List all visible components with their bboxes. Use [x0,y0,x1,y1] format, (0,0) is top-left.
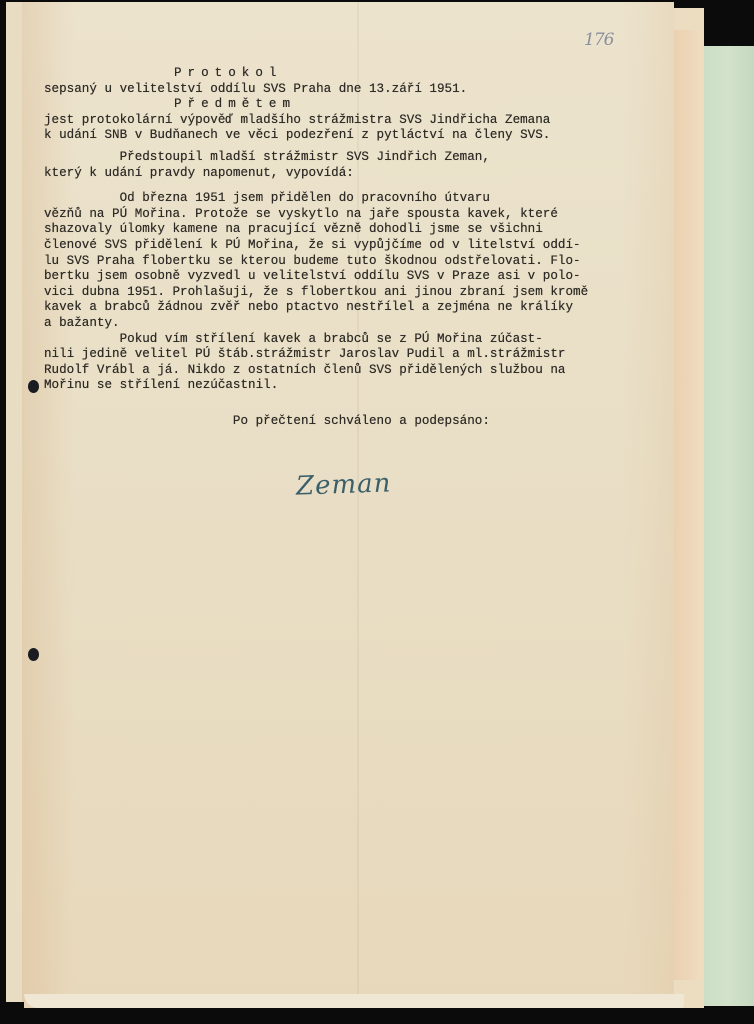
paragraph-line: Od března 1951 jsem přidělen do pracovní… [44,191,684,207]
document-heading: Protokol [44,66,684,82]
subject-heading: Předmětem [44,97,684,113]
paragraph-line: kavek a brabců žádnou zvěř nebo ptactvo … [44,300,684,316]
handwritten-signature: Zeman [296,468,392,501]
paragraph-line: shazovaly úlomky kamene na pracující věz… [44,222,684,238]
paragraph-line: členové SVS přidělení k PÚ Mořina, že si… [44,238,684,254]
paragraph-line: bertku jsem osobně vyzvedl u velitelství… [44,269,684,285]
subject-line: k udání SNB v Budňanech ve věci podezřen… [44,128,684,144]
page-number: 176 [584,30,613,50]
punch-hole-icon [28,648,39,661]
intro-line: který k udání pravdy napomenut, vypovídá… [44,166,684,182]
page-bottom-edge [24,994,684,1008]
paragraph-line: Rudolf Vrábl a já. Nikdo z ostatních čle… [44,363,684,379]
paragraph-line: nili jedině velitel PÚ štáb.strážmistr J… [44,347,684,363]
paragraph-line: vězňů na PÚ Mořina. Protože se vyskytlo … [44,207,684,223]
intro-line: Předstoupil mladší strážmistr SVS Jindři… [44,150,684,166]
subject-line: jest protokolární výpověď mladšího stráž… [44,113,684,129]
paragraph-line: Mořinu se střílení nezúčastnil. [44,378,684,394]
punch-hole-icon [28,380,39,393]
paragraph-line: vici dubna 1951. Prohlašuji, že s flober… [44,285,684,301]
paragraph-line: Pokud vím střílení kavek a brabců se z P… [44,332,684,348]
closing-line: Po přečtení schváleno a podepsáno: [44,414,684,430]
document-body: Protokol sepsaný u velitelství oddílu SV… [44,66,684,429]
paragraph-line: a bažanty. [44,316,684,332]
document-subheading: sepsaný u velitelství oddílu SVS Praha d… [44,82,684,98]
paragraph-line: lu SVS Praha flobertku se kterou budeme … [44,254,684,270]
